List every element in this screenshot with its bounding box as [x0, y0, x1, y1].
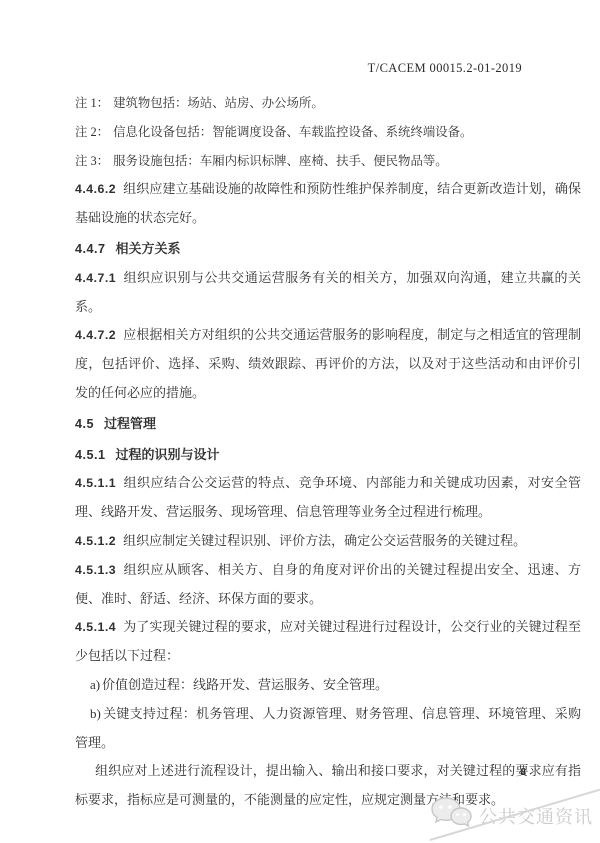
heading-4-5-1: 4.5.1过程的识别与设计 — [75, 441, 581, 470]
page-number: 8 — [521, 766, 527, 778]
clause-4-5-1-3: 4.5.1.3组织应从顾客、相关方、自身的角度对评价出的关键过程提出安全、迅速、… — [75, 556, 581, 614]
clause-4-4-6-2: 4.4.6.2组织应建立基础设施的故障性和预防性维护保养制度，结合更新改造计划，… — [75, 175, 581, 233]
heading-number: 4.5 — [75, 417, 94, 431]
clause-number: 4.5.1.4 — [75, 620, 116, 634]
note-text: 建筑物包括：场站、站房、办公场所。 — [113, 96, 324, 110]
list-label: b) — [90, 706, 101, 721]
heading-4-5: 4.5过程管理 — [75, 410, 581, 439]
clause-4-5-1-1: 4.5.1.1组织应结合公交运营的特点、竞争环境、内部能力和关键成功因素，对安全… — [75, 469, 581, 527]
note-3: 注 3：服务设施包括：车厢内标识标牌、座椅、扶手、便民物品等。 — [75, 147, 581, 176]
heading-text: 过程管理 — [104, 416, 156, 431]
clause-text: 组织应结合公交运营的特点、竞争环境、内部能力和关键成功因素，对安全管理、线路开发… — [75, 475, 581, 519]
clause-text: 应根据相关方对组织的公共交通运营服务的影响程度，制定与之相适宜的管理制度，包括评… — [75, 327, 581, 400]
note-2: 注 2：信息化设备包括：智能调度设备、车载监控设备、系统终端设备。 — [75, 118, 581, 147]
document-page: T/CACEM 00015.2-01-2019 注 1：建筑物包括：场站、站房、… — [0, 0, 600, 843]
clause-number: 4.5.1.3 — [75, 563, 116, 577]
clause-number: 4.4.6.2 — [75, 182, 116, 196]
clause-number: 4.5.1.2 — [75, 534, 116, 548]
note-text: 服务设施包括：车厢内标识标牌、座椅、扶手、便民物品等。 — [113, 154, 448, 168]
list-item-b: b)关键支持过程：机务管理、人力资源管理、财务管理、信息管理、环境管理、采购管理… — [75, 700, 581, 758]
note-label: 注 1： — [75, 96, 109, 110]
clause-text: 为了实现关键过程的要求，应对关键过程进行过程设计，公交行业的关键过程至少包括以下… — [75, 619, 581, 663]
clause-text: 组织应识别与公共交通运营服务有关的相关方，加强双向沟通，建立共赢的关系。 — [75, 270, 581, 314]
clause-number: 4.4.7.2 — [75, 328, 116, 342]
clause-text: 组织应建立基础设施的故障性和预防性维护保养制度，结合更新改造计划，确保基础设施的… — [75, 181, 581, 225]
clause-text: 组织应制定关键过程识别、评价方法，确定公交运营服务的关键过程。 — [123, 533, 526, 548]
note-label: 注 2： — [75, 125, 109, 139]
clause-number: 4.5.1.1 — [75, 476, 116, 490]
heading-number: 4.4.7 — [75, 242, 106, 256]
clause-text: 组织应从顾客、相关方、自身的角度对评价出的关键过程提出安全、迅速、方便、准时、舒… — [75, 562, 581, 606]
note-text: 信息化设备包括：智能调度设备、车载监控设备、系统终端设备。 — [113, 125, 472, 139]
list-item-a: a)价值创造过程：线路开发、营运服务、安全管理。 — [75, 671, 581, 700]
clause-number: 4.4.7.1 — [75, 271, 116, 285]
clause-4-4-7-2: 4.4.7.2应根据相关方对组织的公共交通运营服务的影响程度，制定与之相适宜的管… — [75, 321, 581, 407]
clause-4-5-1-4: 4.5.1.4为了实现关键过程的要求，应对关键过程进行过程设计，公交行业的关键过… — [75, 613, 581, 671]
clause-4-4-7-1: 4.4.7.1组织应识别与公共交通运营服务有关的相关方，加强双向沟通，建立共赢的… — [75, 264, 581, 322]
standard-code: T/CACEM 00015.2-01-2019 — [368, 61, 522, 76]
document-body: 注 1：建筑物包括：场站、站房、办公场所。 注 2：信息化设备包括：智能调度设备… — [75, 89, 581, 815]
clause-4-5-1-2: 4.5.1.2组织应制定关键过程识别、评价方法，确定公交运营服务的关键过程。 — [75, 527, 581, 556]
list-text: 关键支持过程：机务管理、人力资源管理、财务管理、信息管理、环境管理、采购管理。 — [75, 706, 581, 750]
list-label: a) — [90, 677, 100, 692]
list-text: 价值创造过程：线路开发、营运服务、安全管理。 — [102, 677, 388, 692]
note-1: 注 1：建筑物包括：场站、站房、办公场所。 — [75, 89, 581, 118]
heading-4-4-7: 4.4.7相关方关系 — [75, 235, 581, 264]
heading-number: 4.5.1 — [75, 448, 106, 462]
note-label: 注 3： — [75, 154, 109, 168]
heading-text: 相关方关系 — [116, 241, 181, 256]
heading-text: 过程的识别与设计 — [116, 447, 220, 462]
